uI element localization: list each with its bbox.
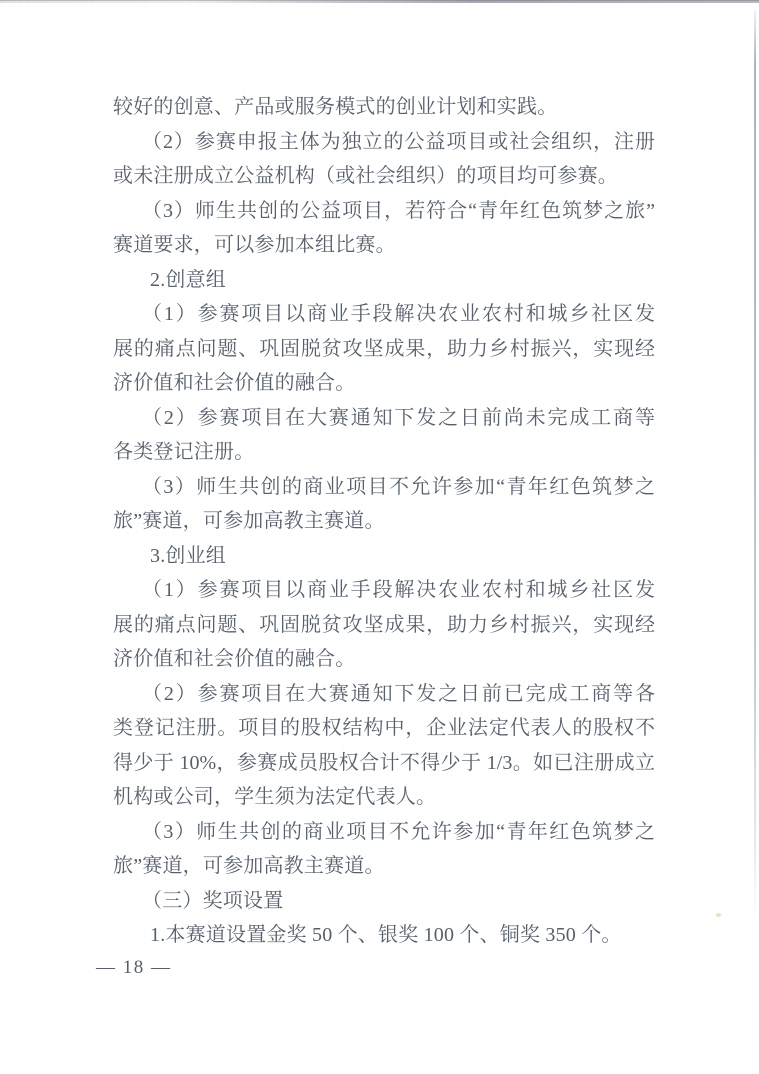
text-line: （2）参赛申报主体为独立的公益项目或社会组织，注册	[113, 125, 655, 160]
text-line: 赛道要求，可以参加本组比赛。	[113, 228, 655, 263]
page-number: — 18 —	[96, 956, 172, 980]
scan-top-hairline	[0, 0, 759, 1]
text-line: 展的痛点问题、巩固脱贫攻坚成果，助力乡村振兴，实现经	[113, 608, 655, 643]
text-line: 旅”赛道，可参加高教主赛道。	[113, 849, 655, 884]
text-line: 较好的创意、产品或服务模式的创业计划和实践。	[113, 90, 655, 125]
text-line: （3）师生共创的商业项目不允许参加“青年红色筑梦之	[113, 470, 655, 505]
text-line: 3.创业组	[113, 539, 655, 574]
text-line: 济价值和社会价值的融合。	[113, 366, 655, 401]
text-line: 2.创意组	[113, 263, 655, 298]
document-page: 较好的创意、产品或服务模式的创业计划和实践。（2）参赛申报主体为独立的公益项目或…	[0, 0, 759, 1074]
text-line: 济价值和社会价值的融合。	[113, 642, 655, 677]
text-line: 类登记注册。项目的股权结构中，企业法定代表人的股权不	[113, 711, 655, 746]
text-line: （1）参赛项目以商业手段解决农业农村和城乡社区发	[113, 573, 655, 608]
text-line: 或未注册成立公益机构（或社会组织）的项目均可参赛。	[113, 159, 655, 194]
text-line: 机构或公司，学生须为法定代表人。	[113, 780, 655, 815]
text-line: 1.本赛道设置金奖 50 个、银奖 100 个、铜奖 350 个。	[113, 918, 655, 953]
text-line: 各类登记注册。	[113, 435, 655, 470]
text-line: 得少于 10%，参赛成员股权合计不得少于 1/3。如已注册成立	[113, 746, 655, 781]
scan-right-edge	[754, 10, 756, 920]
scan-speck	[716, 913, 721, 917]
text-line: 旅”赛道，可参加高教主赛道。	[113, 504, 655, 539]
text-line: 展的痛点问题、巩固脱贫攻坚成果，助力乡村振兴，实现经	[113, 332, 655, 367]
text-line: （2）参赛项目在大赛通知下发之日前尚未完成工商等	[113, 401, 655, 436]
text-line: （3）师生共创的公益项目，若符合“青年红色筑梦之旅”	[113, 194, 655, 229]
text-line: （三）奖项设置	[113, 884, 655, 919]
text-line: （2）参赛项目在大赛通知下发之日前已完成工商等各	[113, 677, 655, 712]
text-line: （1）参赛项目以商业手段解决农业农村和城乡社区发	[113, 297, 655, 332]
text-line: （3）师生共创的商业项目不允许参加“青年红色筑梦之	[113, 815, 655, 850]
document-body: 较好的创意、产品或服务模式的创业计划和实践。（2）参赛申报主体为独立的公益项目或…	[113, 90, 655, 953]
